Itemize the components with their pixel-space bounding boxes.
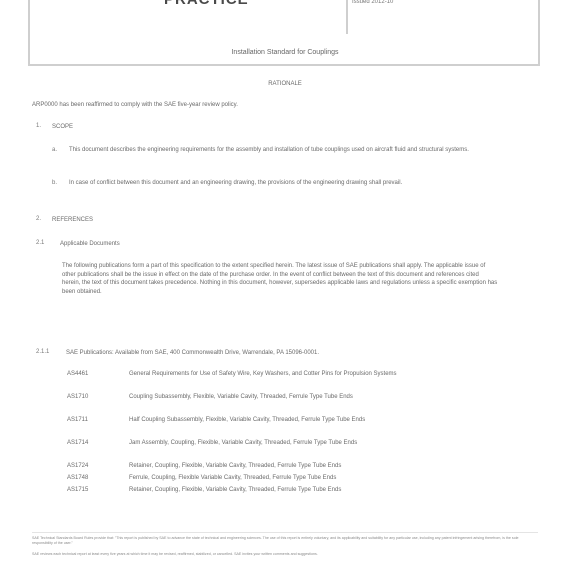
section-number-scope: 1. <box>36 123 41 129</box>
reference-id: AS4461 <box>67 371 103 378</box>
reference-description: Retainer, Coupling, Flexible, Variable C… <box>129 487 507 494</box>
reference-description: Ferrule, Coupling, Flexible Variable Cav… <box>129 475 507 482</box>
document-title: Installation Standard for Couplings <box>0 49 570 56</box>
scope-item-text: In case of conflict between this documen… <box>69 179 489 188</box>
header-box <box>28 0 540 66</box>
section-heading-references: REFERENCES <box>52 216 93 225</box>
header-divider <box>346 0 348 34</box>
subsection-number: 2.1 <box>36 240 44 246</box>
footer-text: SAE reviews each technical report at lea… <box>32 552 538 557</box>
reference-id: AS1724 <box>67 463 103 470</box>
document-type: PRACTICE <box>164 0 249 8</box>
subsection-heading: Applicable Documents <box>60 240 120 249</box>
reference-id: AS1714 <box>67 440 103 447</box>
subsection-number: 2.1.1 <box>36 349 49 355</box>
issued-date: Issued 2012-10 <box>352 0 393 5</box>
reference-id: AS1715 <box>67 487 103 494</box>
reference-id: AS1711 <box>67 417 103 424</box>
reference-description: Jam Assembly, Coupling, Flexible, Variab… <box>129 440 507 447</box>
reference-id: AS1710 <box>67 394 103 401</box>
reference-description: Half Coupling Subassembly, Flexible, Var… <box>129 417 507 424</box>
footer-text: SAE Technical Standards Board Rules prov… <box>32 536 538 546</box>
section-number-references: 2. <box>36 216 41 222</box>
scope-item-marker: b. <box>52 180 57 186</box>
document-page: PRACTICE Issued 2012-10 Installation Sta… <box>0 0 570 570</box>
reference-description: Retainer, Coupling, Flexible, Variable C… <box>129 463 507 470</box>
reference-id: AS1748 <box>67 475 103 482</box>
reference-description: General Requirements for Use of Safety W… <box>129 371 507 378</box>
scope-item-text: This document describes the engineering … <box>69 146 489 155</box>
rationale-heading: RATIONALE <box>0 80 570 89</box>
rationale-text: ARP0000 has been reaffirmed to comply wi… <box>32 101 432 110</box>
section-heading-scope: SCOPE <box>52 123 73 132</box>
applicable-documents-text: The following publications form a part o… <box>62 262 498 296</box>
reference-description: Coupling Subassembly, Flexible, Variable… <box>129 394 507 401</box>
sae-publications-heading: SAE Publications: Available from SAE, 40… <box>66 349 486 358</box>
scope-item-marker: a. <box>52 147 57 153</box>
footer-rule <box>32 532 538 533</box>
